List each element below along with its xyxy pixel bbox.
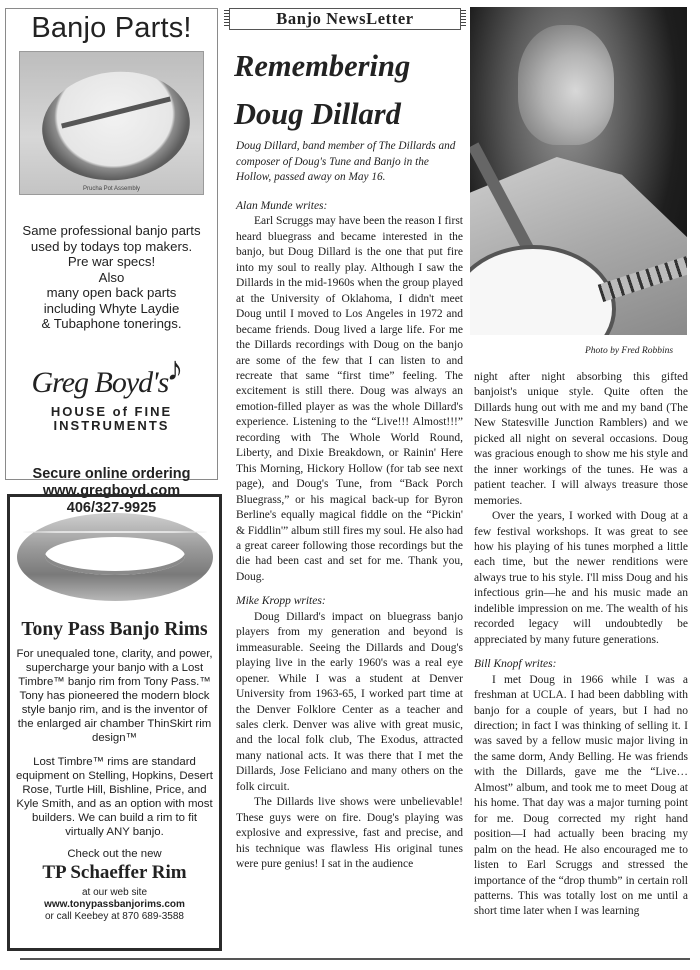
logo-script: Greg Boyd's: [32, 366, 169, 400]
ad-copy: Same professional banjo parts used by to…: [6, 223, 217, 332]
article-dek: Doug Dillard, band member of The Dillard…: [236, 139, 464, 186]
article-column-1: Alan Munde writes: Earl Scruggs may have…: [236, 199, 463, 872]
rim-band: [23, 531, 207, 533]
rim-inner: [45, 537, 185, 575]
ad-copy-line: Same professional banjo parts: [6, 223, 217, 239]
photo-head: [518, 25, 614, 145]
ad-paragraph: For unequaled tone, clarity, and power, …: [16, 647, 213, 745]
web-label: at our web site: [10, 887, 219, 899]
bottom-rule: [20, 958, 690, 960]
article-paragraph: Earl Scruggs may have been the reason I …: [236, 214, 463, 585]
greg-boyds-logo: ♪ Greg Boyd's HOUSE of FINE INSTRUMENTS: [22, 362, 202, 440]
ordering-label: Secure online ordering: [6, 466, 217, 483]
ad-title: Banjo Parts!: [6, 12, 217, 45]
product-name: TP Schaeffer Rim: [10, 862, 219, 884]
banjo-pot-photo: Prucha Pot Assembly: [19, 51, 204, 195]
ad-tony-pass: Tony Pass Banjo Rims For unequaled tone,…: [7, 494, 222, 951]
byline: Alan Munde writes:: [236, 199, 463, 214]
ad-copy-line: & Tubaphone tonerings.: [6, 316, 217, 332]
masthead: Banjo NewsLetter: [229, 8, 461, 30]
check-out-label: Check out the new: [10, 848, 219, 860]
byline: Mike Kropp writes:: [236, 594, 463, 609]
banjo-pot-image: [37, 65, 195, 188]
ad-brand-title: Tony Pass Banjo Rims: [10, 619, 219, 641]
phone-contact: or call Keebey at 870 689-3588: [10, 911, 219, 923]
ad-copy-line: many open back parts: [6, 285, 217, 301]
logo-line2: INSTRUMENTS: [22, 418, 202, 433]
doug-dillard-photo: [470, 7, 687, 335]
photo-credit: Photo by Fred Robbins: [585, 346, 673, 356]
article-paragraph: night after night absorbing this gifted …: [474, 370, 688, 509]
ad-banjo-parts: Banjo Parts! Prucha Pot Assembly Same pr…: [5, 8, 218, 480]
logo-line1: HOUSE of FINE: [22, 404, 202, 419]
website-link[interactable]: www.tonypassbanjorims.com: [10, 899, 219, 911]
banjo-rim-image: [17, 509, 213, 607]
ad-copy-line: Also: [6, 270, 217, 286]
masthead-ornament-right: [461, 10, 466, 28]
ad-copy-line: used by todays top makers.: [6, 239, 217, 255]
byline: Bill Knopf writes:: [474, 657, 688, 672]
ad-copy-line: Pre war specs!: [6, 254, 217, 270]
music-note-icon: ♪: [167, 350, 184, 389]
article-paragraph: The Dillards live shows were unbelievabl…: [236, 795, 463, 872]
article-column-2: night after night absorbing this gifted …: [474, 370, 688, 920]
headline-line2: Doug Dillard: [234, 90, 464, 138]
ad-copy-line: including Whyte Laydie: [6, 301, 217, 317]
photo-caption: Prucha Pot Assembly: [20, 186, 203, 192]
article-headline: Remembering Doug Dillard: [234, 42, 464, 138]
ad-paragraph: Lost Timbre™ rims are standard equipment…: [16, 755, 213, 839]
headline-line1: Remembering: [234, 42, 464, 90]
article-paragraph: Over the years, I worked with Doug at a …: [474, 509, 688, 648]
article-paragraph: Doug Dillard's impact on bluegrass banjo…: [236, 610, 463, 795]
article-paragraph: I met Doug in 1966 while I was a freshma…: [474, 673, 688, 920]
